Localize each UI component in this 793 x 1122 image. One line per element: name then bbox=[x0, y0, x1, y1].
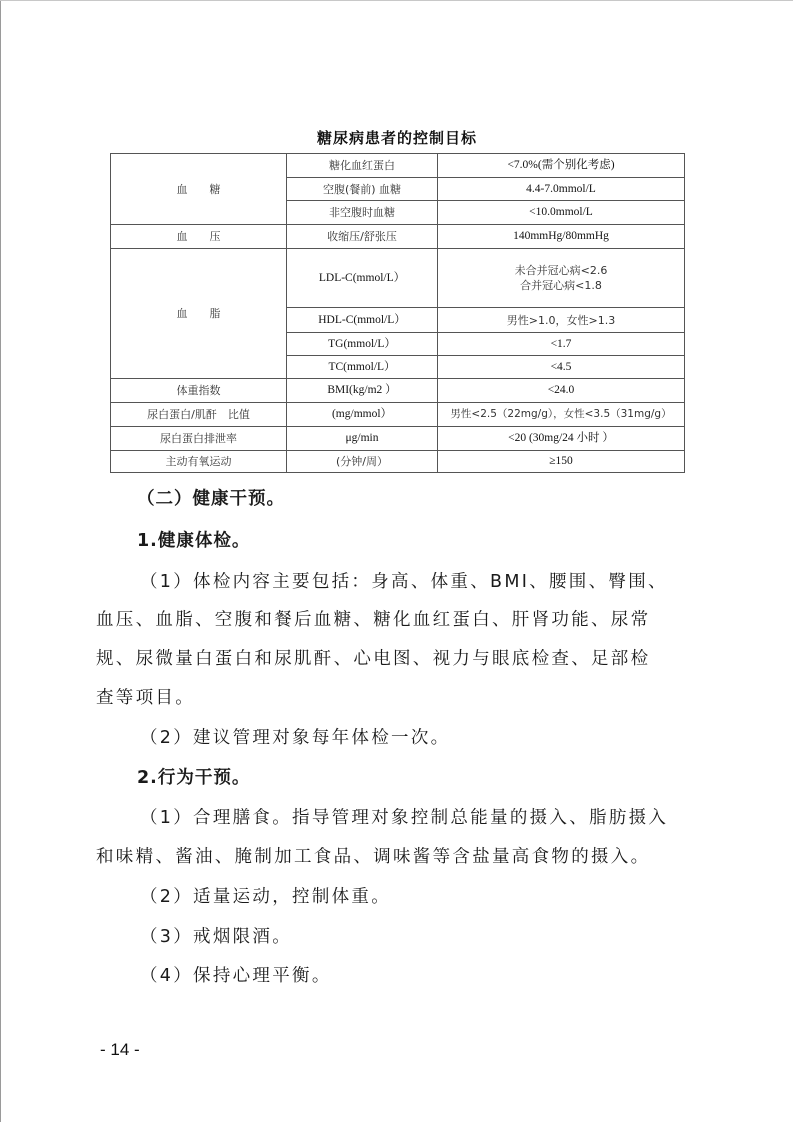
page-edge-top bbox=[0, 0, 793, 1]
item-cell: μg/min bbox=[287, 427, 438, 451]
category-cell: 体重指数 bbox=[111, 379, 287, 403]
paragraph: （3）戒烟限酒。 bbox=[140, 923, 292, 948]
target-cell: <7.0%(需个别化考虑) bbox=[438, 154, 685, 178]
paragraph: （2）适量运动，控制体重。 bbox=[140, 883, 391, 908]
table-row: 尿白蛋白/肌酐 比值 (mg/mmol） 男性<2.5（22mg/g），女性<3… bbox=[111, 403, 685, 427]
target-cell: 未合并冠心病<2.6 合并冠心病<1.8 bbox=[438, 249, 685, 308]
table-row: 体重指数 BMI(kg/m2 ） <24.0 bbox=[111, 379, 685, 403]
page-edge bbox=[0, 0, 1, 1122]
target-cell: 男性<2.5（22mg/g），女性<3.5（31mg/g） bbox=[438, 403, 685, 427]
table-row: 尿白蛋白排泄率 μg/min <20 (30mg/24 小时 ） bbox=[111, 427, 685, 451]
target-cell: <20 (30mg/24 小时 ） bbox=[438, 427, 685, 451]
table-row: 主动有氧运动 (分钟/周） ≥150 bbox=[111, 451, 685, 473]
section-heading: （二）健康干预。 bbox=[137, 485, 285, 510]
category-cell: 血 糖 bbox=[111, 154, 287, 225]
target-cell: 男性>1.0，女性>1.3 bbox=[438, 308, 685, 333]
target-line: 未合并冠心病<2.6 bbox=[440, 263, 682, 278]
table-title: 糖尿病患者的控制目标 bbox=[110, 127, 684, 148]
category-cell: 尿白蛋白/肌酐 比值 bbox=[111, 403, 287, 427]
paragraph-line: 规、尿微量白蛋白和尿肌酐、心电图、视力与眼底检查、足部检 bbox=[96, 645, 650, 670]
target-cell: <24.0 bbox=[438, 379, 685, 403]
target-line: 合并冠心病<1.8 bbox=[440, 278, 682, 293]
target-cell: <1.7 bbox=[438, 333, 685, 356]
control-targets-table: 血 糖 糖化血红蛋白 <7.0%(需个别化考虑) 空腹(餐前) 血糖 4.4-7… bbox=[110, 153, 685, 473]
paragraph-line: （1）合理膳食。指导管理对象控制总能量的摄入、脂肪摄入 bbox=[140, 804, 668, 829]
item-cell: (分钟/周） bbox=[287, 451, 438, 473]
paragraph-line: 查等项目。 bbox=[96, 684, 195, 709]
category-cell: 血 压 bbox=[111, 225, 287, 249]
item-cell: BMI(kg/m2 ） bbox=[287, 379, 438, 403]
item-cell: 糖化血红蛋白 bbox=[287, 154, 438, 178]
item-cell: 空腹(餐前) 血糖 bbox=[287, 178, 438, 201]
target-cell: <10.0mmol/L bbox=[438, 201, 685, 225]
item-cell: 非空腹时血糖 bbox=[287, 201, 438, 225]
item-cell: 收缩压/舒张压 bbox=[287, 225, 438, 249]
category-cell: 尿白蛋白排泄率 bbox=[111, 427, 287, 451]
table-row: 血 糖 糖化血红蛋白 <7.0%(需个别化考虑) bbox=[111, 154, 685, 178]
paragraph-line: 血压、血脂、空腹和餐后血糖、糖化血红蛋白、肝肾功能、尿常 bbox=[96, 606, 650, 631]
category-cell: 主动有氧运动 bbox=[111, 451, 287, 473]
item-cell: TC(mmol/L） bbox=[287, 356, 438, 379]
category-cell: 血 脂 bbox=[111, 249, 287, 379]
target-cell: ≥150 bbox=[438, 451, 685, 473]
subsection-heading: 2.行为干预。 bbox=[137, 764, 250, 789]
item-cell: (mg/mmol） bbox=[287, 403, 438, 427]
item-cell: LDL-C(mmol/L） bbox=[287, 249, 438, 308]
target-cell: 4.4-7.0mmol/L bbox=[438, 178, 685, 201]
target-cell: 140mmHg/80mmHg bbox=[438, 225, 685, 249]
table-row: 血 压 收缩压/舒张压 140mmHg/80mmHg bbox=[111, 225, 685, 249]
page-number: - 14 - bbox=[100, 1040, 140, 1060]
paragraph-line: 和味精、酱油、腌制加工食品、调味酱等含盐量高食物的摄入。 bbox=[96, 843, 650, 868]
subsection-heading: 1.健康体检。 bbox=[137, 527, 250, 552]
item-cell: TG(mmol/L） bbox=[287, 333, 438, 356]
paragraph-line: （1）体检内容主要包括：身高、体重、BMI、腰围、臀围、 bbox=[140, 568, 668, 593]
paragraph: （2）建议管理对象每年体检一次。 bbox=[140, 724, 450, 749]
paragraph: （4）保持心理平衡。 bbox=[140, 962, 332, 987]
item-cell: HDL-C(mmol/L） bbox=[287, 308, 438, 333]
target-cell: <4.5 bbox=[438, 356, 685, 379]
table-row: 血 脂 LDL-C(mmol/L） 未合并冠心病<2.6 合并冠心病<1.8 bbox=[111, 249, 685, 308]
